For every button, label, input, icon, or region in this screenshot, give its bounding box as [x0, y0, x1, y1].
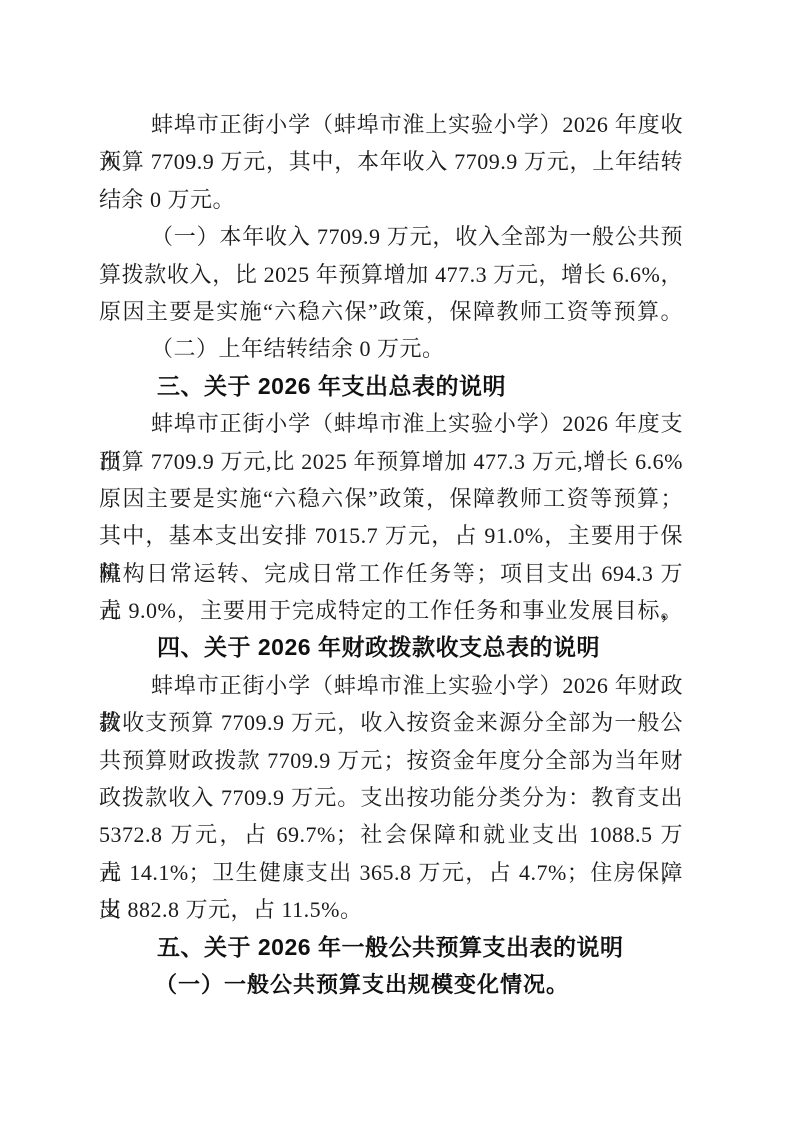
emphasis-line: （一）一般公共预算支出规模变化情况。: [99, 966, 683, 1003]
text-line: 占 9.0%，主要用于完成特定的工作任务和事业发展目标。: [99, 592, 683, 629]
text-line: 占 14.1%；卫生健康支出 365.8 万元，占 4.7%；住房保障支: [99, 854, 683, 891]
document-page: 蚌埠市正街小学（蚌埠市淮上实验小学）2026 年度收入预算 7709.9 万元，…: [0, 0, 793, 1122]
text-line: 款收支预算 7709.9 万元，收入按资金来源分全部为一般公: [99, 704, 683, 741]
text-line: 结余 0 万元。: [99, 181, 683, 218]
section-heading: 五、关于 2026 年一般公共预算支出表的说明: [99, 929, 683, 966]
section-heading: 四、关于 2026 年财政拨款收支总表的说明: [99, 629, 683, 666]
text-line: 蚌埠市正街小学（蚌埠市淮上实验小学）2026 年财政拨: [99, 667, 683, 704]
text-line: 5372.8 万元，占 69.7%；社会保障和就业支出 1088.5 万元，: [99, 816, 683, 853]
text-line: 蚌埠市正街小学（蚌埠市淮上实验小学）2026 年度收入: [99, 106, 683, 143]
text-line: 原因主要是实施“六稳六保”政策，保障教师工资等预算。: [99, 293, 683, 330]
text-line: 蚌埠市正街小学（蚌埠市淮上实验小学）2026 年度支出: [99, 405, 683, 442]
text-line: （一）本年收入 7709.9 万元，收入全部为一般公共预: [99, 218, 683, 255]
text-line: 预算 7709.9 万元，其中，本年收入 7709.9 万元，上年结转: [99, 143, 683, 180]
text-line: 出 882.8 万元，占 11.5%。: [99, 891, 683, 928]
text-line: 其中，基本支出安排 7015.7 万元，占 91.0%，主要用于保障: [99, 517, 683, 554]
text-line: 算拨款收入，比 2025 年预算增加 477.3 万元，增长 6.6%，: [99, 256, 683, 293]
text-line: 预算 7709.9 万元,比 2025 年预算增加 477.3 万元,增长 6.…: [99, 443, 683, 480]
text-line: 政拨款收入 7709.9 万元。支出按功能分类分为：教育支出: [99, 779, 683, 816]
text-line: 机构日常运转、完成日常工作任务等；项目支出 694.3 万元，: [99, 555, 683, 592]
text-line: 共预算财政拨款 7709.9 万元；按资金年度分全部为当年财: [99, 742, 683, 779]
section-heading: 三、关于 2026 年支出总表的说明: [99, 368, 683, 405]
text-line: 原因主要是实施“六稳六保”政策，保障教师工资等预算；: [99, 480, 683, 517]
text-line: （二）上年结转结余 0 万元。: [99, 330, 683, 367]
document-body: 蚌埠市正街小学（蚌埠市淮上实验小学）2026 年度收入预算 7709.9 万元，…: [99, 106, 683, 1003]
